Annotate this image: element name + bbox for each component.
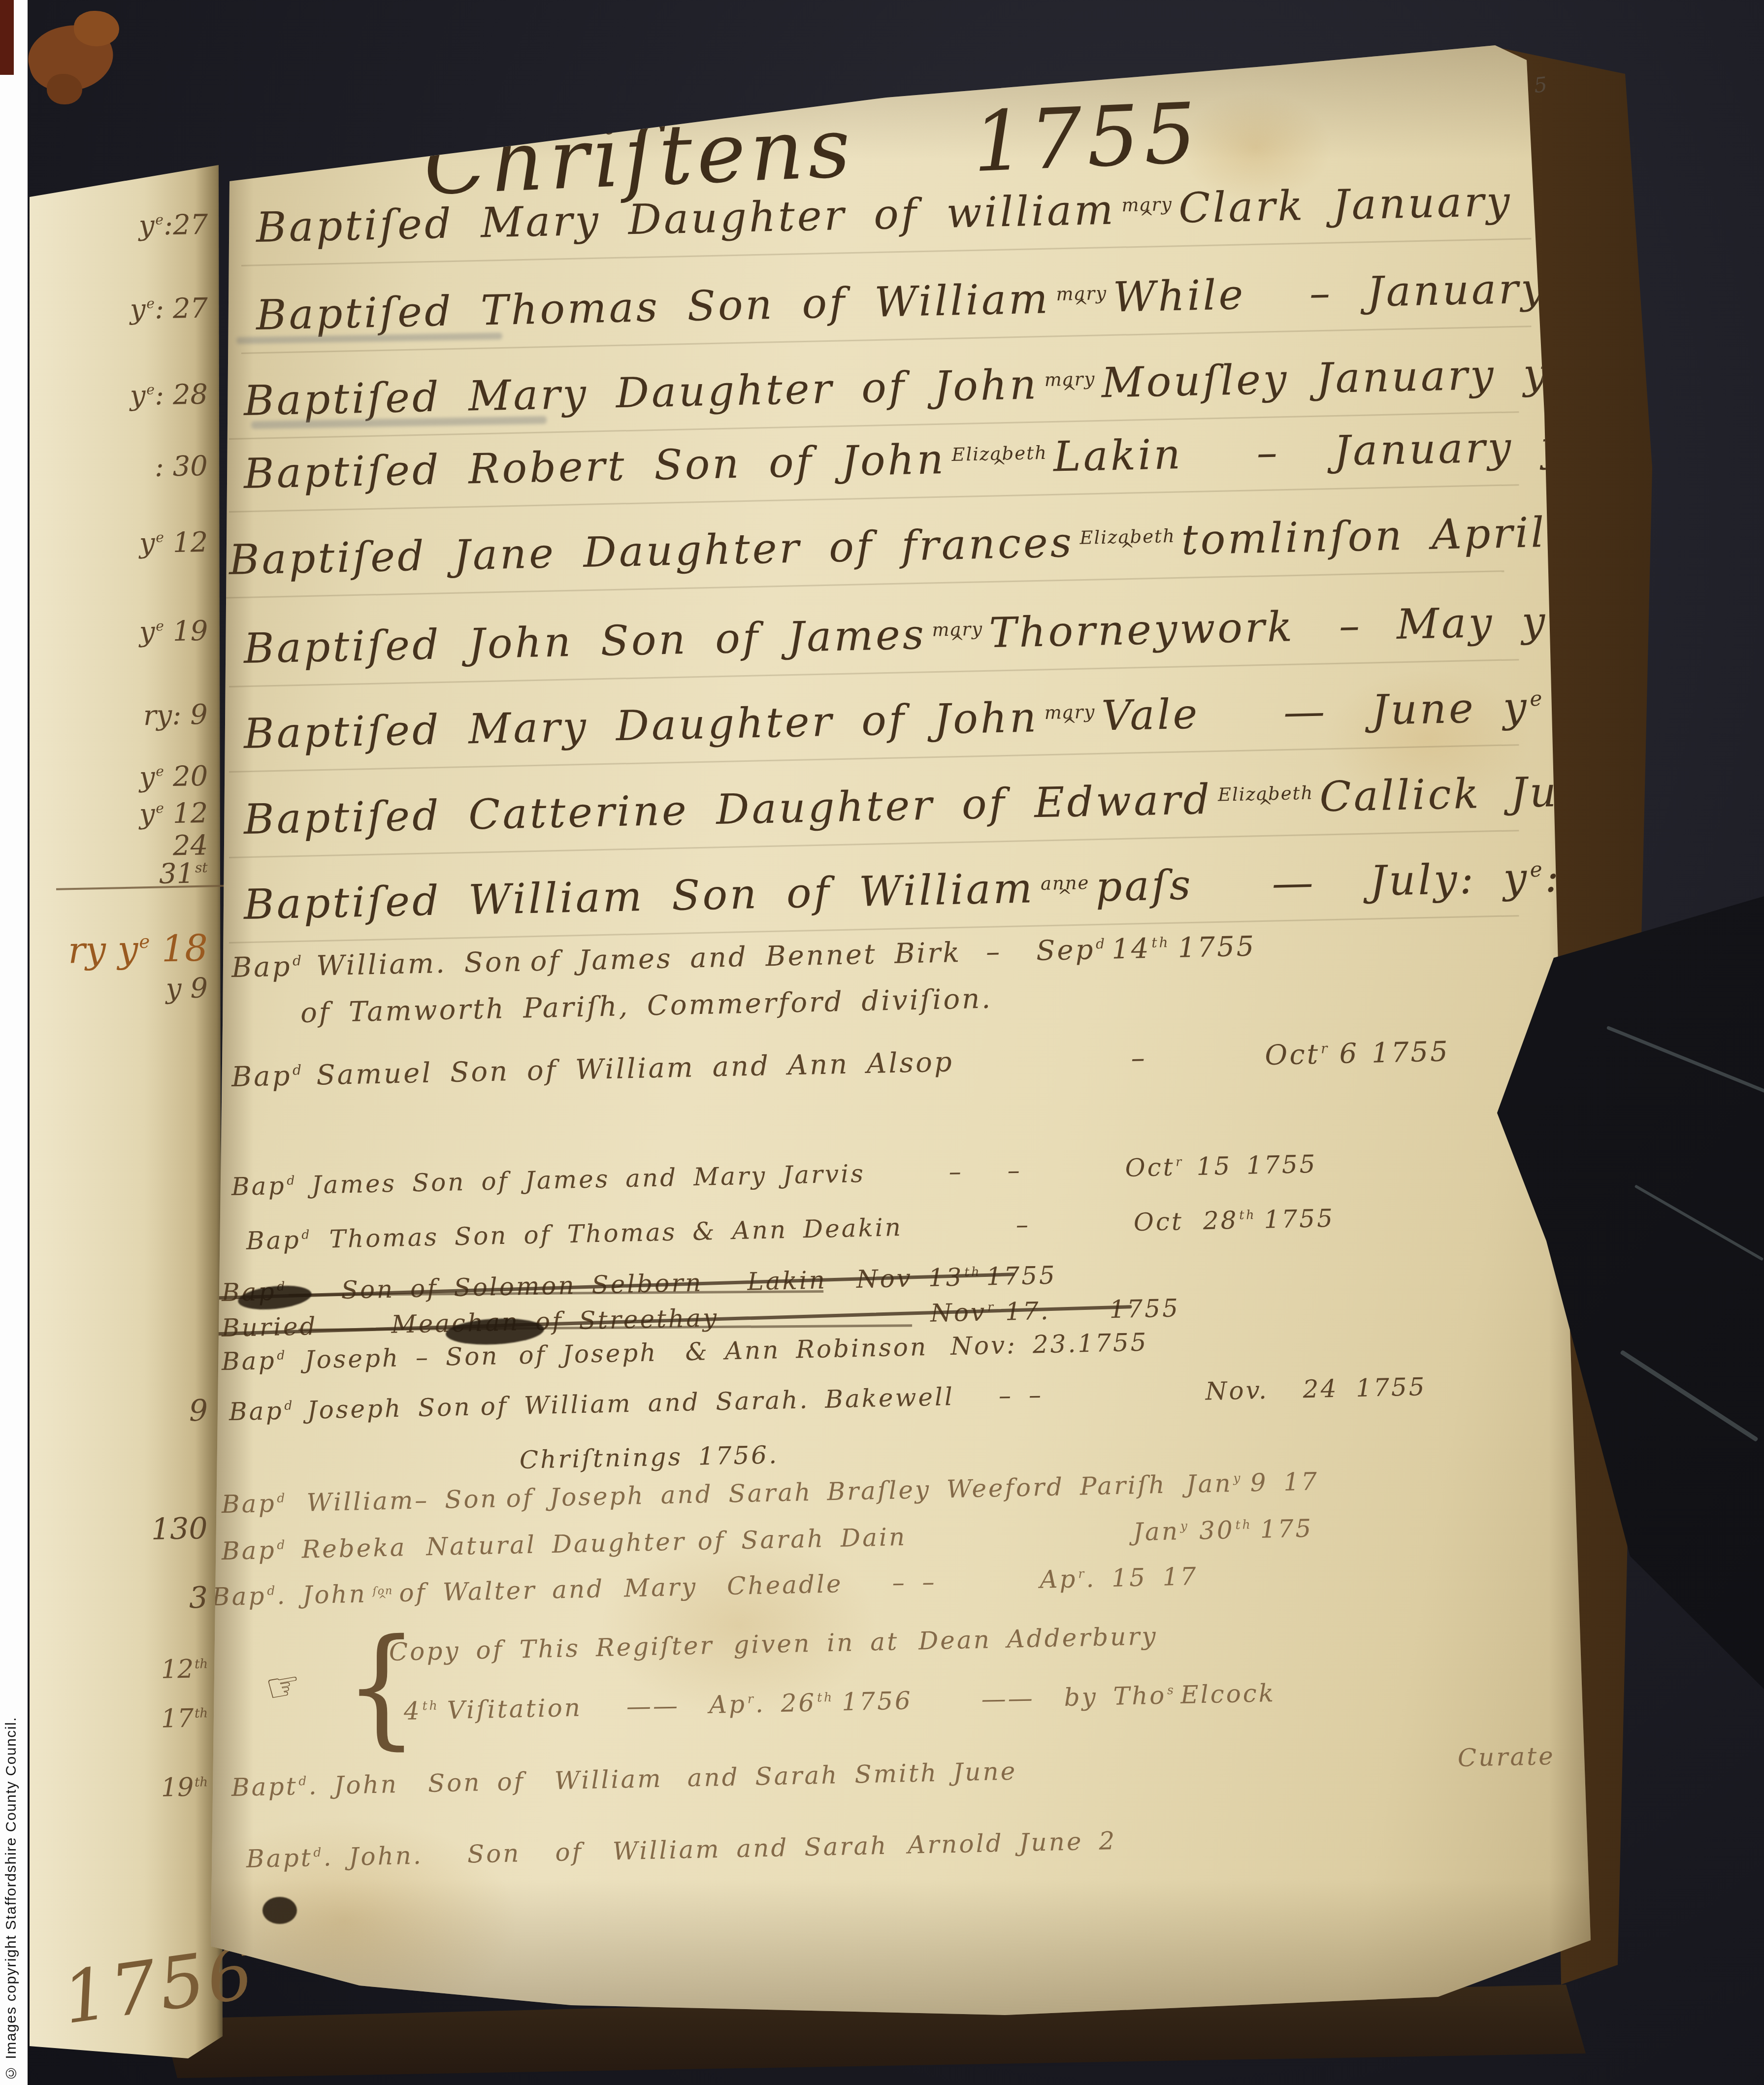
entry-text: 28 — [1203, 1206, 1239, 1235]
spacing — [1295, 640, 1339, 641]
interlined-name: ſon^ — [372, 1587, 393, 1602]
register-entry: Baptiſed William Son of Williamanne^paſs… — [243, 854, 1647, 931]
spacing — [1481, 807, 1511, 808]
spacing — [583, 1859, 613, 1860]
entry-text: of William and Sarah. Bakewell — [480, 1382, 955, 1421]
entry-text: Bap — [221, 1489, 276, 1519]
register-entry: BapdJoseph Sonof William and Sarah. Bake… — [229, 1374, 1427, 1424]
superscript-letter: r — [1176, 1155, 1184, 1169]
entry-text: William– Son — [306, 1484, 498, 1517]
entry-text: Oct — [1125, 1153, 1175, 1182]
superscript-letter: s — [1167, 1683, 1176, 1697]
entry-text: Chriſtnings 1756. — [519, 1440, 779, 1474]
entry-text: of — [555, 1838, 584, 1867]
entry-text: Bap — [211, 1582, 266, 1611]
superscript-letter: d — [267, 1583, 277, 1597]
superscript-letter: d — [277, 1537, 287, 1552]
entry-text: Curate — [1457, 1742, 1555, 1772]
entry-text: Copy of This Regiſter — [389, 1631, 714, 1666]
entry-text: January y — [1334, 422, 1568, 475]
entry-text: Nov — [930, 1298, 987, 1327]
spacing — [318, 1333, 392, 1335]
entry-text: of Sarah Dain — [697, 1523, 907, 1556]
entry-text: Lakin — [747, 1266, 827, 1296]
entry-text: Arnold June 2 — [908, 1826, 1117, 1859]
entry-text: Bap — [231, 1172, 286, 1201]
spacing — [423, 1863, 467, 1864]
interlined-name: mary^ — [1121, 196, 1173, 224]
register-entry: BapdThomas Son of Thomas & Ann Deakin–Oc… — [246, 1206, 1335, 1253]
entry-text: Ap — [709, 1690, 747, 1719]
superscript-letter: d — [313, 1845, 324, 1859]
entry-text: tomlinſon April y — [1181, 507, 1601, 564]
superscript-letter: y — [1180, 1519, 1189, 1533]
spacing — [1183, 467, 1257, 468]
superscript-letter: th — [1239, 1207, 1256, 1222]
spacing — [714, 1653, 734, 1654]
interlined-name: Elizabeth^ — [1218, 785, 1314, 813]
spacing — [937, 1588, 1040, 1590]
caret-mark: ^ — [950, 637, 966, 648]
superscript-letter: e — [1530, 857, 1545, 881]
spacing — [287, 1368, 305, 1368]
entry-text: 29 — [1695, 764, 1754, 813]
torn-leather-fragment — [74, 11, 119, 46]
entry-text: Son of Solomon Selborn — [341, 1269, 703, 1304]
entry-text: 9 17 — [1250, 1467, 1319, 1497]
entry-text: – — [948, 1157, 963, 1186]
spacing — [604, 1596, 624, 1597]
superscript-letter: th — [817, 1690, 834, 1705]
superscript-letter: d — [277, 1348, 287, 1362]
entry-text: of Tamworth Pariſh, Commerford diviſion. — [300, 983, 992, 1029]
page-number: 5 — [1533, 72, 1549, 98]
entry-text: 1755 — [1109, 1294, 1180, 1324]
spacing — [663, 1787, 687, 1787]
entry-text: Baptiſed Robert Son of John — [243, 435, 947, 498]
spine-leather-corner — [0, 0, 14, 75]
entry-text: Cheadle — [727, 1569, 844, 1600]
caret-mark: ^ — [1057, 891, 1073, 902]
spacing — [903, 1233, 1016, 1236]
entry-text: Joseph – Son — [304, 1341, 499, 1374]
entry-text: 24 — [1303, 1374, 1339, 1403]
entry-text: 1755 — [1177, 930, 1256, 964]
entry-text: William — [554, 1764, 663, 1795]
spacing — [312, 1247, 329, 1248]
entry-text: Baptiſed Mary Daughter of John — [243, 360, 1039, 425]
entry-text: Samuel Son of William and Ann Alsop — [316, 1046, 954, 1091]
entry-text: – – — [892, 1567, 937, 1597]
entry-text: 1756 — [842, 1686, 913, 1716]
entry-text: Bapt — [246, 1843, 313, 1873]
entry-text: William. Son — [316, 946, 524, 982]
spacing — [1147, 1065, 1265, 1067]
superscript-letter: d — [298, 1774, 309, 1788]
caret-mark: ^ — [992, 461, 1008, 472]
register-entry: Baptiſed Thomas Son of Williammary^While… — [256, 265, 1648, 342]
spacing — [1183, 1229, 1203, 1230]
entry-text: Elcock — [1180, 1679, 1276, 1709]
spacing — [499, 1364, 519, 1364]
register-entry: Baptd. JohnSon ofWilliamand Sarah SmithJ… — [231, 1759, 1017, 1800]
entry-text: Clark January y — [1178, 176, 1566, 232]
entry-text: — — [1272, 858, 1316, 907]
interlined-name: mary^ — [1056, 286, 1108, 313]
entry-text: Vale — [1101, 689, 1201, 740]
register-entry: Curate — [1457, 1744, 1555, 1770]
entry-text: 6 — [1339, 1038, 1359, 1070]
spacing — [287, 1511, 307, 1511]
spacing — [888, 1854, 908, 1854]
entry-text: – — [1339, 601, 1363, 650]
superscript-letter: d — [293, 952, 304, 969]
entry-text: Baptiſed Catterine Daughter of Edward — [243, 775, 1212, 844]
spacing — [1333, 306, 1368, 307]
spacing — [1280, 465, 1334, 466]
superscript-letter: d — [287, 1173, 297, 1187]
spacing — [680, 1713, 709, 1714]
register-photo: 1756 ye:27ye: 27ye: 28: 30ye 12ye 19ry: … — [0, 0, 1764, 2085]
entry-text: May y — [1396, 597, 1548, 649]
spacing — [1200, 726, 1284, 728]
entry-text: – — [1131, 1042, 1147, 1075]
entry-text: Buried — [221, 1312, 318, 1342]
ink-smudge — [262, 1897, 297, 1924]
register-entry: Copy of This Regiſtergiven in atDean Add… — [389, 1624, 1158, 1664]
spacing — [843, 1591, 892, 1592]
superscript-letter: d — [1096, 936, 1107, 952]
superscript-letter: d — [284, 1398, 294, 1412]
entry-text: Thorneywork — [988, 602, 1295, 657]
entry-text: Nov 13 — [856, 1263, 964, 1294]
entry-text: Thomas Son of Thomas & Ann Deakin — [329, 1213, 903, 1253]
entry-text: Bap — [231, 950, 292, 984]
entry-text: William and Sarah — [612, 1831, 888, 1866]
spacing — [1193, 897, 1272, 899]
entry-text: July: y — [1369, 853, 1530, 905]
caret-mark: ^ — [1140, 212, 1155, 223]
interlined-name: mary^ — [1044, 704, 1096, 731]
spacing — [703, 1290, 748, 1291]
superscript-letter: d — [277, 1491, 287, 1505]
entry-text: 1755 — [1246, 1150, 1317, 1180]
register-entry: Chriſtnings 1756. — [519, 1442, 779, 1472]
entry-text: Lakin — [1053, 430, 1183, 481]
entry-text: Mary — [623, 1572, 697, 1602]
entry-text: Bap — [246, 1226, 301, 1255]
entry-text: Bap — [231, 1060, 292, 1093]
entry-text: – – — [998, 1380, 1043, 1410]
superscript-letter: e — [1530, 686, 1545, 711]
entry-text: 15 — [1196, 1151, 1232, 1180]
spacing — [294, 1419, 307, 1419]
entry-text: 1755 — [1372, 1036, 1450, 1069]
entry-text: . 26 — [755, 1688, 817, 1718]
entry-text: paſs — [1095, 861, 1194, 911]
entry-text: Baptiſed John Son of James — [243, 610, 927, 673]
entry-text: & Ann Robinson — [685, 1333, 928, 1366]
spacing — [913, 1707, 981, 1709]
register-entry: of Tamworth Pariſh, Commerford diviſion. — [300, 985, 992, 1027]
spacing — [954, 1404, 999, 1405]
superscript-letter: th — [964, 1265, 981, 1279]
spacing — [907, 1540, 1133, 1545]
register-entry: Baptiſed Jane Daughter of francesElizabe… — [229, 510, 1651, 586]
torn-leather-fragment — [47, 74, 82, 104]
entry-text: 30 — [1199, 1516, 1235, 1545]
spacing — [813, 1500, 827, 1500]
interlined-name: anne^ — [1041, 875, 1090, 902]
entry-text: 175 — [1260, 1514, 1313, 1544]
register-page: Chriſtens1755 Baptiſed Mary Daughter of … — [197, 39, 1605, 2039]
register-entry: Bapd. Johnſon^of Walter andMaryCheadle– … — [211, 1564, 1198, 1613]
entry-text: Bapt — [231, 1772, 298, 1802]
register-entry: BapdSamuel Son of William and Ann Alsop–… — [231, 1038, 1450, 1091]
entry-text: – — [1015, 1210, 1030, 1239]
entry-text: . 15 17 — [1086, 1562, 1198, 1593]
spacing — [658, 1360, 686, 1361]
entry-text: of James and Bennet Birk — [530, 937, 962, 977]
strap-highlight — [1634, 1184, 1764, 1261]
entry-text: given in at — [733, 1627, 899, 1659]
entry-text: June — [953, 1757, 1017, 1787]
superscript-letter: th — [422, 1698, 439, 1713]
entry-text: Baptiſed Mary Daughter of william — [256, 185, 1116, 252]
spacing — [899, 1649, 918, 1650]
entry-text: Natural Daughter — [426, 1527, 686, 1561]
entry-text: Son of — [427, 1767, 525, 1798]
entry-text: Nov: 23.1755 — [950, 1328, 1148, 1361]
superscript-letter: e — [1668, 769, 1684, 793]
spacing — [1328, 724, 1372, 725]
copyright-notice: © Images copyright Staffordshire County … — [3, 1717, 20, 2081]
entry-text: Callick — [1319, 769, 1481, 821]
superscript-letter: d — [293, 1062, 304, 1078]
entry-text: While — [1112, 270, 1246, 322]
spacing — [1316, 895, 1370, 896]
spacing — [398, 1792, 428, 1792]
caret-mark: ^ — [1258, 801, 1274, 812]
entry-text: Bap — [221, 1346, 276, 1376]
caret-mark: ^ — [1062, 720, 1078, 731]
entry-text: Viſitation — [447, 1693, 582, 1725]
entry-text: . John — [277, 1579, 367, 1610]
entry-text: —— — [626, 1691, 680, 1721]
spacing — [865, 1180, 949, 1182]
spacing — [582, 1715, 626, 1716]
entry-text: – — [985, 936, 1002, 968]
entry-text: Oct — [1265, 1039, 1320, 1072]
spacing — [287, 1558, 302, 1559]
spacing — [954, 1068, 1131, 1072]
caret-mark: ^ — [1074, 301, 1090, 312]
entry-text: Oct — [1133, 1207, 1183, 1237]
spacing — [939, 1781, 953, 1781]
spacing — [1359, 1062, 1372, 1063]
interlined-name: mary^ — [932, 621, 983, 648]
entry-text: Mouſley January y — [1101, 349, 1550, 407]
spacing — [1030, 1231, 1134, 1233]
interlined-name: mary^ — [1044, 371, 1096, 398]
spacing — [304, 1084, 317, 1085]
entry-text: Jan — [1133, 1517, 1179, 1546]
entry-text: June y — [1371, 683, 1530, 734]
entry-text: —— — [981, 1684, 1035, 1713]
entry-text: Baptiſed Mary Daughter of John — [243, 693, 1039, 758]
spacing — [1022, 1176, 1125, 1178]
superscript-letter: r — [1078, 1566, 1086, 1581]
entry-text: 1755 — [1356, 1372, 1427, 1402]
entry-text: Sep — [1036, 934, 1095, 967]
spacing — [521, 1861, 555, 1861]
facing-page-edge — [26, 138, 223, 2063]
register-entry: BapdRebekaNatural Daughterof Sarah DainJ… — [221, 1516, 1313, 1564]
superscript-letter: r — [1321, 1040, 1330, 1056]
caret-mark: ^ — [378, 1596, 388, 1602]
superscript-letter: d — [301, 1227, 312, 1241]
spacing — [1035, 1706, 1064, 1706]
entry-text: 1755 — [1264, 1204, 1335, 1234]
entry-text: and Sarah Smith — [687, 1759, 939, 1792]
entry-text: James Son of James and Mary Jarvis — [311, 1159, 865, 1200]
spacing — [304, 975, 317, 976]
superscript-letter: y — [1233, 1471, 1242, 1485]
entry-text: Joseph Son — [307, 1393, 472, 1425]
spacing — [1232, 1174, 1247, 1174]
entry-text: of Joseph and Sarah — [506, 1478, 813, 1513]
spacing — [297, 1194, 312, 1194]
superscript-letter: r — [747, 1692, 755, 1706]
spacing — [1684, 803, 1696, 804]
entry-text: of Joseph — [519, 1338, 658, 1369]
spacing — [1362, 639, 1397, 639]
entry-text: Baptiſed Thomas Son of William — [256, 274, 1051, 339]
entry-text: Braſley Weeford Pariſh — [827, 1470, 1167, 1506]
caret-mark: ^ — [1062, 387, 1078, 398]
register-entry: 4thViſitation——Apr. 26th1756——by ThosElc… — [403, 1681, 1275, 1724]
spacing — [928, 1355, 950, 1355]
title-year: 1755 — [971, 85, 1203, 191]
spacing — [1002, 960, 1036, 961]
register-entry: BapdJames Son of James and Mary Jarvis––… — [231, 1152, 1317, 1199]
entry-text: Meachan of Streethay — [391, 1303, 719, 1339]
manicule-icon: ☞ — [262, 1661, 305, 1712]
spacing — [961, 961, 986, 962]
spacing — [1043, 1400, 1206, 1403]
register-entry: Baptiſed Robert Son of JohnElizabeth^Lak… — [243, 424, 1644, 500]
entry-text: 1755 — [986, 1261, 1057, 1291]
entry-text: – — [1007, 1156, 1022, 1185]
spacing — [1167, 1493, 1186, 1493]
superscript-letter: th — [1235, 1517, 1252, 1532]
entry-text: Jan — [1186, 1469, 1233, 1499]
entry-text: Baptiſed Jane Daughter of frances — [229, 518, 1075, 584]
caret-mark: ^ — [1120, 545, 1136, 555]
register-entry: Baptiſed John Son of Jamesmary^Thorneywo… — [243, 599, 1629, 675]
register-entry: BapdWilliam– Sonof Joseph and SarahBraſl… — [221, 1469, 1319, 1517]
entry-text: Bap — [221, 1536, 276, 1565]
entry-text: Ap — [1040, 1564, 1078, 1594]
entry-text: – — [1309, 268, 1333, 317]
entry-text: Rebeka — [301, 1533, 407, 1564]
spacing — [525, 1789, 555, 1790]
interlined-name: Elizabeth^ — [951, 445, 1047, 473]
spacing — [1184, 1175, 1197, 1175]
entry-text: . John — [308, 1770, 399, 1800]
spacing — [827, 1288, 856, 1288]
register-entry: Baptiſed Mary Daughter of Johnmary^Vale—… — [243, 684, 1613, 760]
entry-text: by Tho — [1064, 1681, 1167, 1712]
entry-text: Nov. — [1205, 1376, 1269, 1406]
spacing — [407, 1555, 426, 1556]
entry-text: — — [1283, 687, 1328, 736]
entry-text: . John. — [323, 1841, 423, 1871]
spacing — [963, 1179, 1008, 1180]
entry-text: 17. — [1005, 1297, 1051, 1326]
superscript-letter: th — [1151, 934, 1170, 951]
spacing — [698, 1595, 727, 1595]
register-entry: Baptd. John.SonofWilliam and SarahArnold… — [246, 1828, 1116, 1871]
register-entry: Baptiſed Mary Daughter of Johnmary^Mouſl… — [243, 352, 1601, 427]
entry-text: Son — [467, 1839, 521, 1868]
entry-text: Baptiſed William Son of William — [243, 864, 1035, 929]
entry-text: 14 — [1111, 933, 1151, 966]
entry-text: – — [1256, 428, 1280, 477]
interlined-name: Elizabeth^ — [1079, 528, 1176, 556]
entry-text: of Walter and — [399, 1574, 605, 1607]
superscript-letter: r — [987, 1300, 996, 1314]
entry-text: Bap — [229, 1397, 284, 1426]
entry-text: Dean Adderbury — [918, 1622, 1158, 1655]
strap-highlight — [1620, 1350, 1759, 1442]
spacing — [719, 1322, 931, 1326]
spacing — [1246, 307, 1310, 309]
register-entry: Baptiſed Catterine Daughter of EdwardEli… — [243, 767, 1754, 846]
spacing — [1050, 1318, 1110, 1319]
spacing — [1269, 1398, 1303, 1398]
spacing — [686, 1550, 698, 1550]
brace-mark: { — [345, 1622, 419, 1752]
spacing — [1339, 1397, 1356, 1397]
